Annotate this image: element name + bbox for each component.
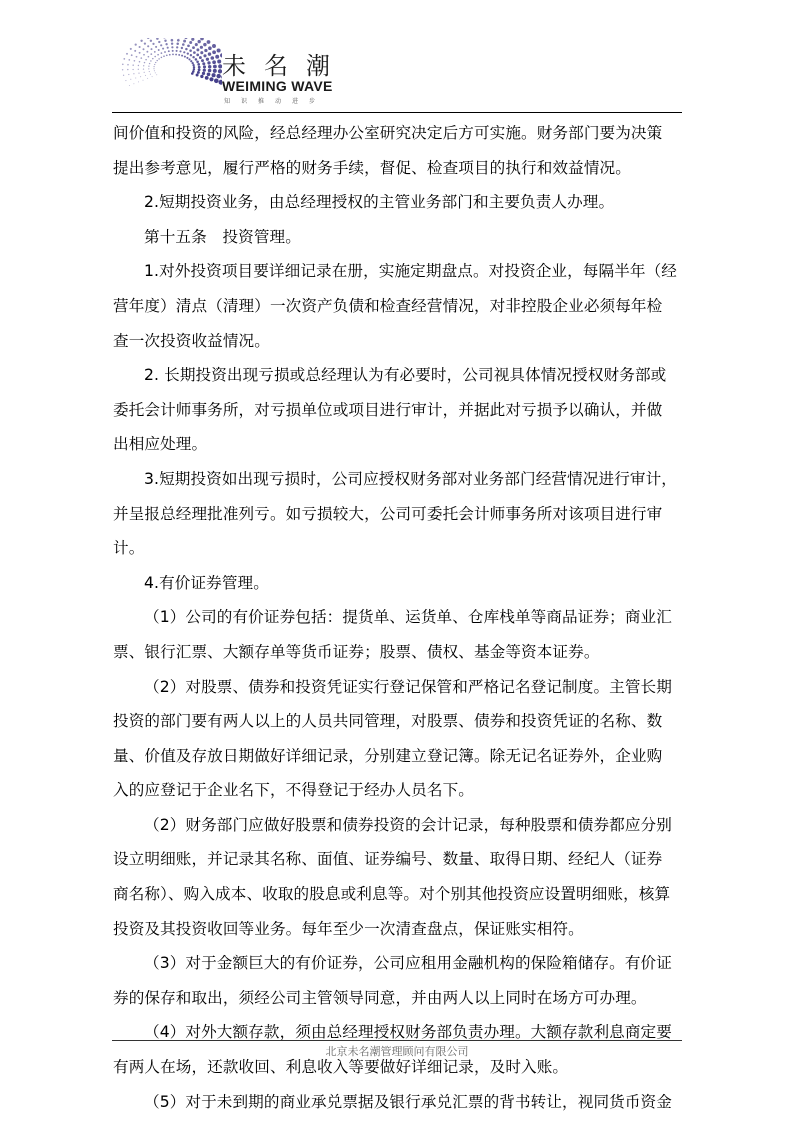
text-line: 3.短期投资如出现亏损时，公司应授权财务部对业务部门经营情况进行审计， (113, 462, 683, 497)
text-line: 投资及其投资收回等业务。每年至少一次清查盘点，保证账实相符。 (113, 912, 683, 947)
text-line: 量、价值及存放日期做好详细记录，分别建立登记簿。除无记名证券外，企业购 (113, 739, 683, 774)
text-line: 间价值和投资的风险，经总经理办公室研究决定后方可实施。财务部门要为决策 (113, 116, 683, 151)
text-line: 票、银行汇票、大额存单等货币证券；股票、债权、基金等资本证券。 (113, 635, 683, 670)
text-line: 营年度）清点（清理）一次资产负债和检查经营情况，对非控股企业必须每年检 (113, 289, 683, 324)
text-line: 设立明细账，并记录其名称、面值、证券编号、数量、取得日期、经纪人（证券 (113, 842, 683, 877)
text-line: 1.对外投资项目要详细记录在册，实施定期盘点。对投资企业，每隔半年（经 (113, 254, 683, 289)
text-line: 第十五条 投资管理。 (113, 220, 683, 255)
footer-company-name: 北京未名潮管理顾问有限公司 (112, 1043, 682, 1059)
brand-name-english: WEIMING WAVE (222, 78, 333, 94)
text-line: （5）对于未到期的商业承兑票据及银行承兑汇票的背书转让，视同货币资金 (113, 1085, 683, 1120)
text-line: 2. 长期投资出现亏损或总经理认为有必要时，公司视具体情况授权财务部或 (113, 358, 683, 393)
text-line: 入的应登记于企业名下，不得登记于经办人员名下。 (113, 773, 683, 808)
text-line: （2）财务部门应做好股票和债券投资的会计记录，每种股票和债券都应分别 (113, 808, 683, 843)
brand-name-chinese: 未名潮 (222, 46, 348, 81)
weiming-wave-logo-icon (112, 38, 222, 108)
text-line: 4.有价证券管理。 (113, 566, 683, 601)
header-divider (112, 112, 682, 113)
footer-divider (112, 1040, 682, 1041)
document-body: 间价值和投资的风险，经总经理办公室研究决定后方可实施。财务部门要为决策提出参考意… (113, 116, 683, 1119)
text-line: （1）公司的有价证券包括：提货单、运货单、仓库栈单等商品证券；商业汇 (113, 600, 683, 635)
text-line: 出相应处理。 (113, 427, 683, 462)
text-line: 2.短期投资业务，由总经理授权的主管业务部门和主要负责人办理。 (113, 185, 683, 220)
brand-slogan: 知识推动进步 (224, 96, 326, 105)
text-line: （2）对股票、债券和投资凭证实行登记保管和严格记名登记制度。主管长期 (113, 670, 683, 705)
text-line: 券的保存和取出，须经公司主管领导同意，并由两人以上同时在场方可办理。 (113, 981, 683, 1016)
text-line: 并呈报总经理批准列亏。如亏损较大，公司可委托会计师事务所对该项目进行审 (113, 497, 683, 532)
text-line: 商名称）、购入成本、收取的股息或利息等。对个别其他投资应设置明细账，核算 (113, 877, 683, 912)
text-line: 委托会计师事务所，对亏损单位或项目进行审计，并据此对亏损予以确认，并做 (113, 393, 683, 428)
text-line: （3）对于金额巨大的有价证券，公司应租用金融机构的保险箱储存。有价证 (113, 946, 683, 981)
text-line: 投资的部门要有两人以上的人员共同管理，对股票、债券和投资凭证的名称、数 (113, 704, 683, 739)
text-line: 查一次投资收益情况。 (113, 324, 683, 359)
text-line: 提出参考意见，履行严格的财务手续，督促、检查项目的执行和效益情况。 (113, 151, 683, 186)
text-line: 计。 (113, 531, 683, 566)
